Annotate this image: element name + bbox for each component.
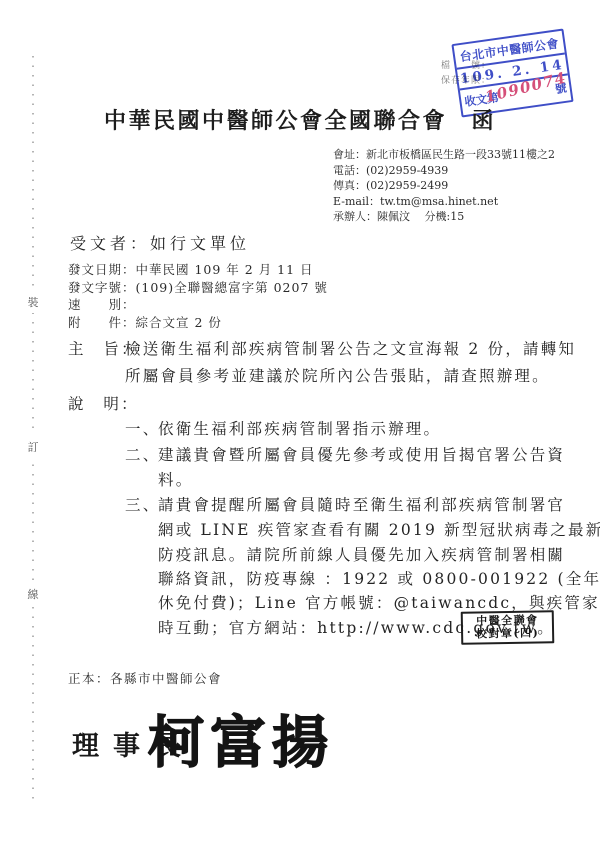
contact-agent: 承辦人：陳佩汶 分機:15 <box>333 209 555 225</box>
binding-char-xian: 線 <box>24 583 42 605</box>
explanation-item-number: 一、 <box>125 417 160 439</box>
contact-fax: 傳真：(02)2959-2499 <box>333 178 555 194</box>
official-letter-page: 裝 訂 線 檔 號： 保存年限： 台北市中醫師公會 109. 2. 14 收文第… <box>0 0 600 849</box>
explanation-item-line: 聯絡資訊，防疫專線 ：1922 或 0800-001922 (全年無 <box>158 567 600 589</box>
attachment-line: 附 件：綜合文宣 2 份 <box>68 314 328 332</box>
explanation-item-line: 料。 <box>158 468 193 490</box>
binding-char-zhuang: 裝 <box>24 291 42 313</box>
contact-address: 會址：新北市板橋區民生路一段33號11樓之2 <box>333 147 555 163</box>
contact-block: 會址：新北市板橋區民生路一段33號11樓之2 電話：(02)2959-4939 … <box>333 147 555 225</box>
explanation-item-number: 二、 <box>125 443 160 465</box>
subject-line: 所屬會員參考並建議於院所內公告張貼，請查照辦理。 <box>125 364 550 386</box>
explanation-item-number: 三、 <box>125 493 160 515</box>
copy-to-line: 正本：各縣市中醫師公會 <box>68 669 222 687</box>
issue-number-line: 發文字號：(109)全聯醫總富字第 0207 號 <box>68 279 328 297</box>
binding-dotted-line <box>32 56 34 800</box>
explanation-label: 說 明： <box>68 392 139 414</box>
meta-block: 發文日期：中華民國 109 年 2 月 11 日 發文字號：(109)全聯醫總富… <box>68 261 328 331</box>
explanation-item-line: 依衛生福利部疾病管制署指示辦理。 <box>158 417 441 439</box>
issue-date-line: 發文日期：中華民國 109 年 2 月 11 日 <box>68 261 328 279</box>
contact-phone: 電話：(02)2959-4939 <box>333 163 555 179</box>
binding-char-ding: 訂 <box>24 436 42 458</box>
explanation-item-line: 網或 LINE 疾管家查看有關 2019 新型冠狀病毒之最新 <box>158 518 600 540</box>
document-title: 中華民國中醫師公會全國聯合會 函 <box>0 104 600 135</box>
subject-line: 檢送衛生福利部疾病管制署公告之文宣海報 2 份，請轉知 <box>125 337 576 359</box>
priority-line: 速 別： <box>68 296 328 314</box>
signer-name-calligraphy: 柯富揚 <box>148 699 334 779</box>
proofread-stamp: 中醫全聯會 校對章(四) <box>461 610 555 645</box>
explanation-item-line: 防疫訊息。請院所前線人員優先加入疾病管制署相關 <box>158 543 565 565</box>
proofread-stamp-line2: 校對章(四) <box>465 627 550 641</box>
recipient-line: 受文者：如行文單位 <box>70 231 250 254</box>
explanation-item-line: 請貴會提醒所屬會員隨時至衛生福利部疾病管制署官 <box>158 493 565 515</box>
explanation-item-line: 建議貴會暨所屬會員優先參考或使用旨揭官署公告資 <box>158 443 565 465</box>
contact-email: E-mail：tw.tm@msa.hinet.net <box>333 194 555 210</box>
